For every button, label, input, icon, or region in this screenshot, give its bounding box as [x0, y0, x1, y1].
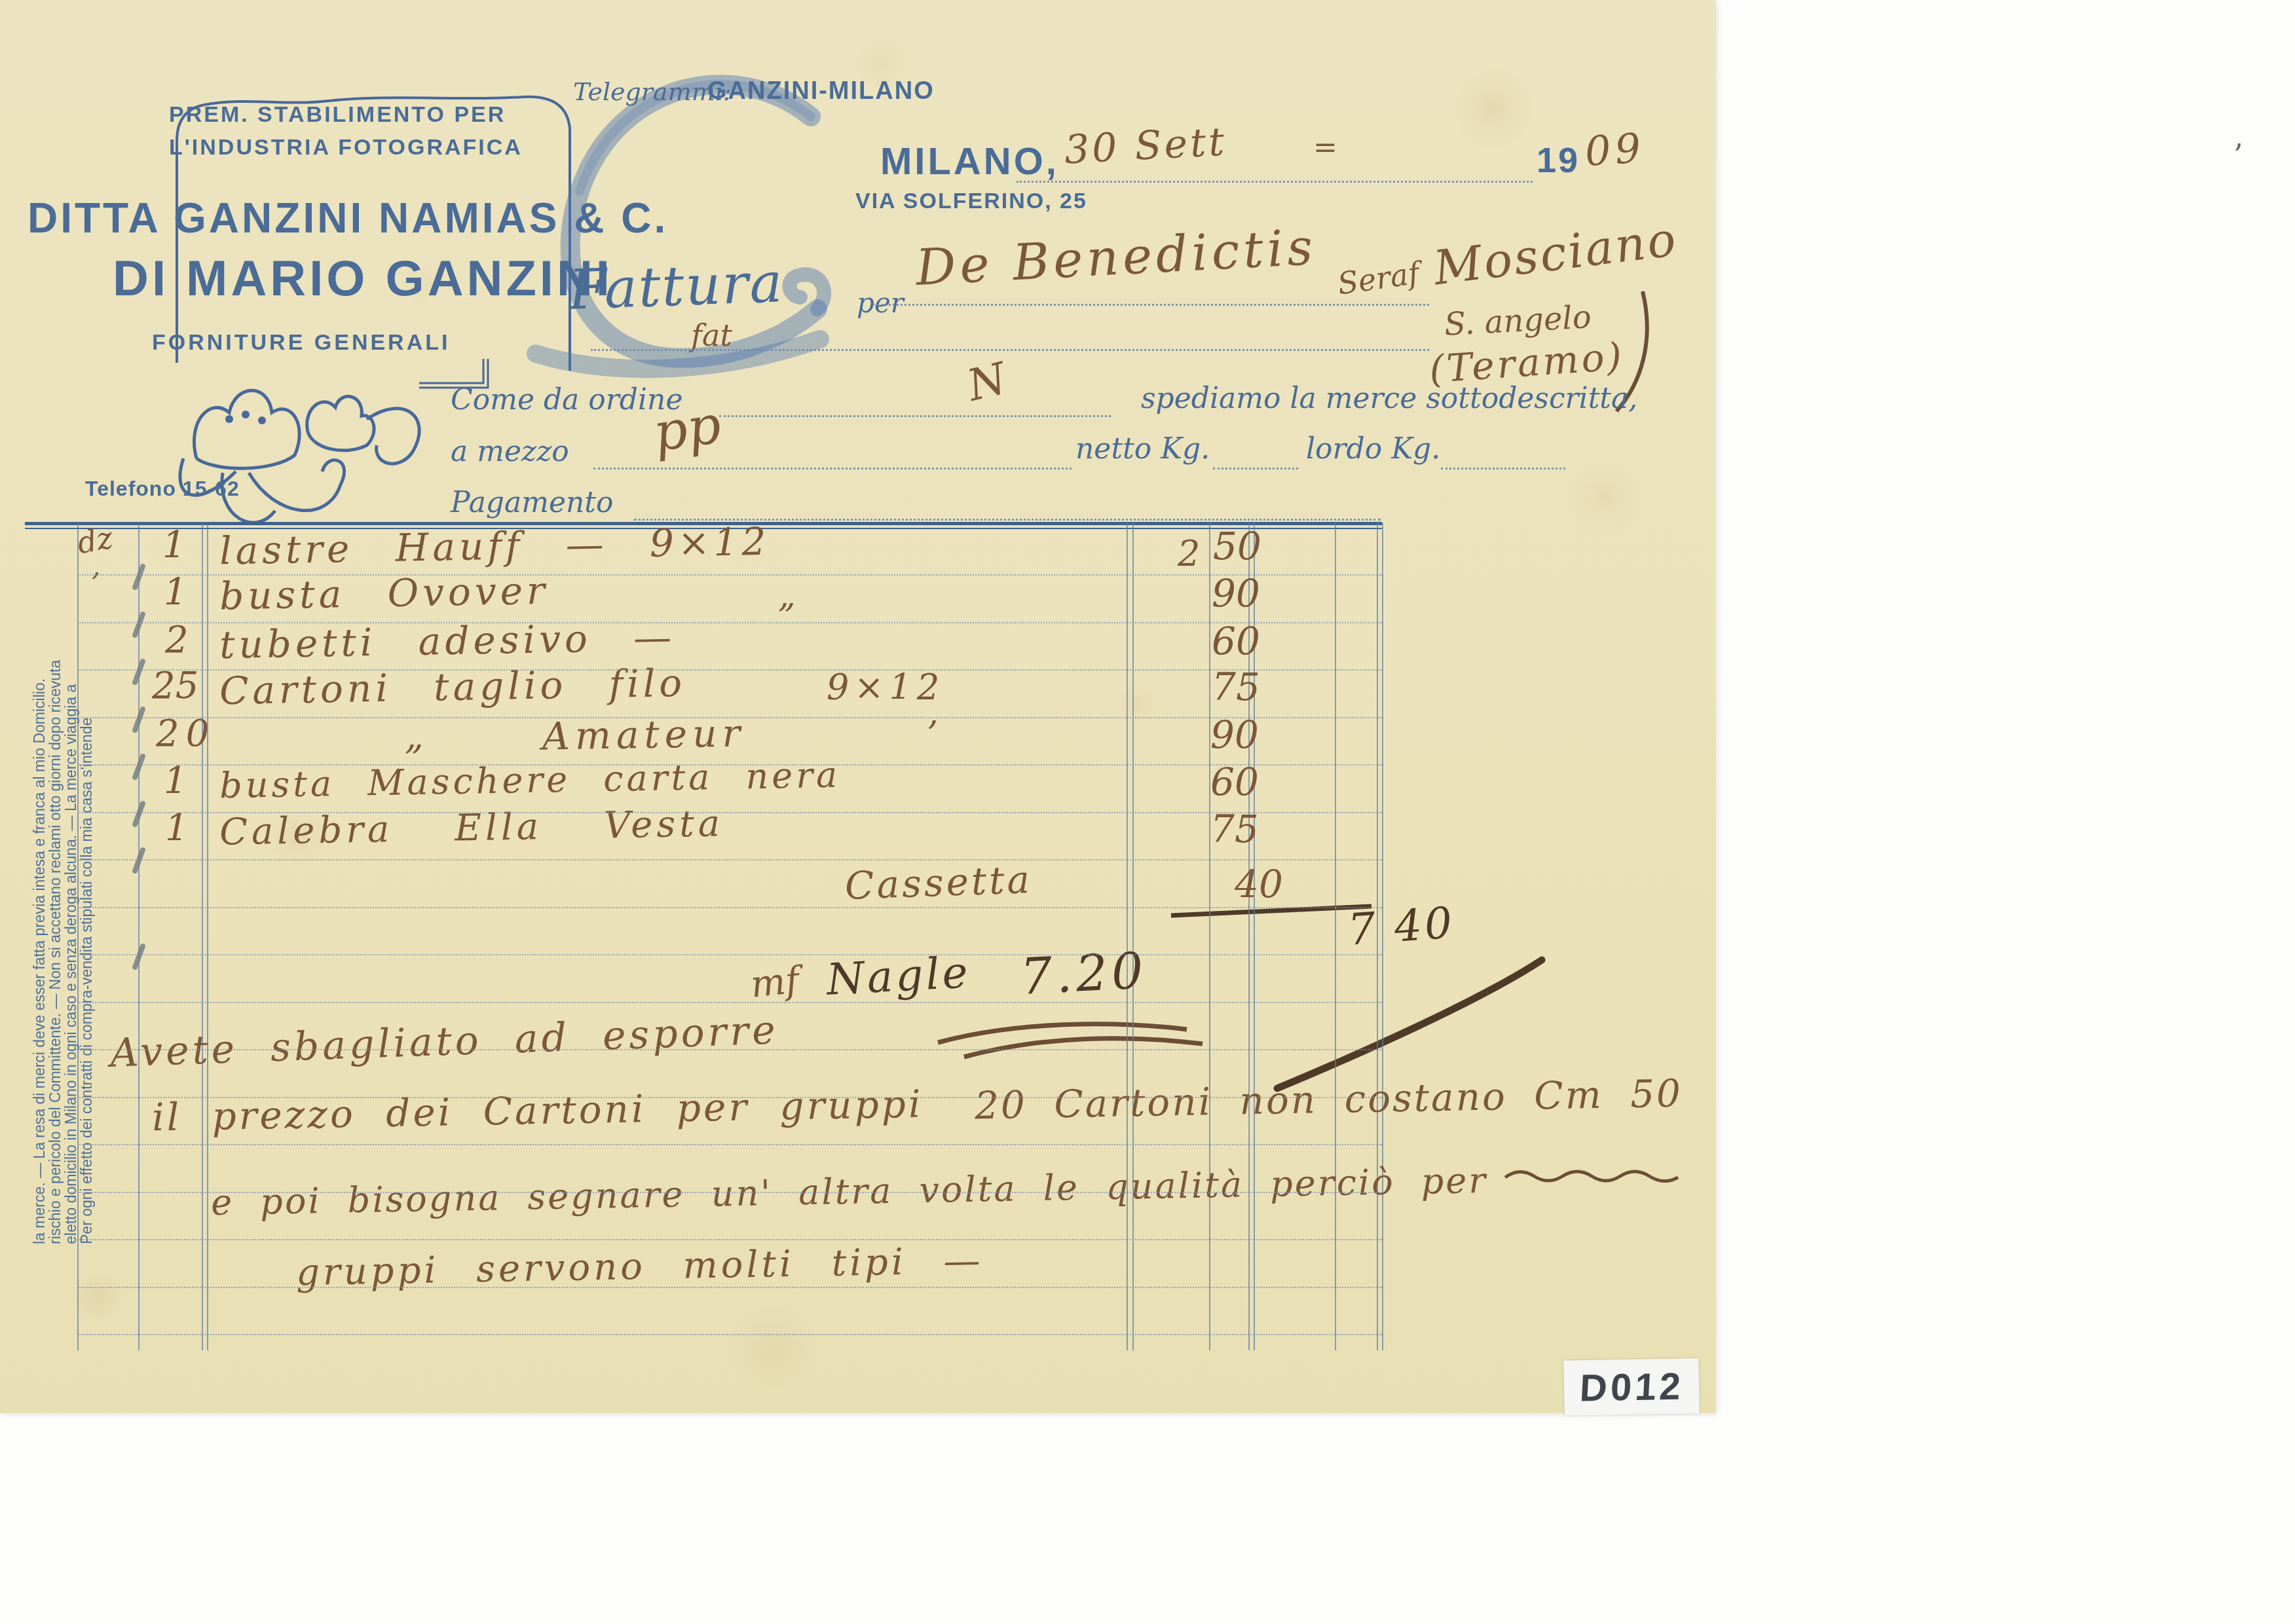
- row-desc: busta Maschere carta nera: [219, 754, 841, 807]
- nagle-name: Nagle: [825, 947, 971, 1005]
- row-cent: 60: [1212, 619, 1260, 663]
- note-line1: Avete sbagliato ad esporre: [109, 1007, 779, 1077]
- per-label: per: [857, 287, 904, 319]
- note-line2b: 20 Cartoni non costano Cm 50: [974, 1071, 1683, 1128]
- spediamo-label: spediamo la merce sottodescritta,: [1141, 382, 1637, 415]
- terms-line: eletto domicilio in Milano in ogni caso …: [63, 540, 79, 1244]
- customer-hamlet: S. angelo: [1444, 299, 1592, 343]
- table-row-line: [77, 1192, 1382, 1193]
- date-handwritten: 30 Sett: [1063, 119, 1228, 174]
- row-mark: ’: [927, 714, 938, 755]
- table-row-line: [77, 764, 1382, 766]
- customer-qualifier: Seraf: [1335, 255, 1421, 302]
- a-mezzo-label: a mezzo: [451, 435, 569, 468]
- nagle-amount: 7.20: [1019, 941, 1149, 1006]
- netto-dotted-line: [1213, 468, 1298, 470]
- table-row-line: [77, 907, 1382, 908]
- lordo-label: lordo Kg.: [1306, 432, 1440, 466]
- cassetta-cent: 40: [1235, 862, 1283, 906]
- row-desc: busta Ovover: [219, 568, 549, 619]
- pagamento-label: Pagamento: [451, 486, 614, 519]
- customer-town: Mosciano: [1430, 212, 1680, 296]
- letterhead-line2: L'INDUSTRIA FOTOGRAFICA: [169, 135, 523, 160]
- phone-number: Telefono 15-62: [85, 477, 240, 501]
- table-row-line: [77, 1002, 1382, 1003]
- company-name: DITTA GANZINI NAMIAS & C.: [28, 194, 668, 242]
- row-qty: 20: [156, 712, 215, 755]
- table-row-line: [77, 1239, 1382, 1240]
- table-vline: [138, 523, 140, 1350]
- customer-note: fat: [691, 318, 732, 353]
- table-vline: [207, 523, 208, 1350]
- table-row-line: [77, 1287, 1382, 1288]
- table-vline: [1132, 523, 1134, 1350]
- table-row-line: [77, 859, 1382, 860]
- table-vline: [1127, 523, 1128, 1350]
- archive-code: D012: [1578, 1364, 1685, 1410]
- row-ditto: „: [778, 576, 796, 616]
- year-printed: 19: [1537, 140, 1580, 181]
- check-slash: [1277, 960, 1542, 1088]
- date-suffix: =: [1313, 131, 1337, 164]
- mezzo-script: pp: [650, 394, 724, 463]
- row-qty: 1: [162, 524, 186, 566]
- row-lire: 2: [1178, 533, 1200, 574]
- fattura-title: Fattura: [567, 250, 785, 322]
- table-row-line: [77, 574, 1382, 576]
- row-desc: Cartoni taglio filo: [219, 661, 686, 713]
- table-row-line: [77, 1334, 1382, 1335]
- row-qty: 25: [152, 665, 198, 707]
- telegrams-value: GANZINI-MILANO: [707, 77, 935, 105]
- street-address: VIA SOLFERINO, 25: [855, 189, 1087, 214]
- customer-dotted-line: [872, 304, 1429, 306]
- come-da-ordine-label: Come da ordine: [451, 383, 682, 416]
- lordo-dotted-line: [1441, 468, 1565, 470]
- stray-mark: ’: [2233, 138, 2243, 173]
- mezzo-dotted-line: [593, 468, 1072, 470]
- ordine-dotted-line: [719, 415, 1111, 417]
- table-row-line: [77, 669, 1382, 671]
- city-label: MILANO,: [880, 139, 1059, 183]
- table-vline: [1209, 523, 1210, 1350]
- address-dotted-line: [591, 349, 1429, 351]
- row-ditto: „: [405, 715, 424, 758]
- archive-sticker: D012: [1563, 1358, 1699, 1416]
- table-vline: [1335, 523, 1336, 1350]
- netto-label: netto Kg.: [1075, 432, 1210, 466]
- owner-name: DI MARIO GANZINI: [113, 250, 613, 307]
- customer-name: De Benedictis: [914, 217, 1318, 297]
- row-desc: lastre Hauff — 9×12: [219, 519, 770, 574]
- row-size: 9×12: [827, 667, 944, 708]
- row-cent: 90: [1210, 712, 1259, 757]
- ordine-script-mark: N: [963, 353, 1012, 411]
- paper: PREM. STABILIMENTO PER L'INDUSTRIA FOTOG…: [0, 0, 1716, 1413]
- table-row-line: [77, 1144, 1382, 1145]
- table-row-line: [77, 1097, 1382, 1098]
- table-row-line: [77, 717, 1382, 718]
- underline-squiggle: [1505, 1172, 1678, 1181]
- table-vline: [202, 523, 203, 1350]
- table-row-line: [77, 954, 1382, 955]
- letterhead-line1: PREM. STABILIMENTO PER: [169, 102, 506, 128]
- date-dotted-line: [1017, 181, 1533, 183]
- nagle-underline: [938, 1024, 1203, 1057]
- terms-line: rischio e pericolo del Committente. — No…: [47, 540, 63, 1244]
- row-cent: 50: [1213, 524, 1261, 568]
- note-line2a: il prezzo dei Cartoni per gruppi: [151, 1082, 924, 1140]
- flower-ornament: [180, 390, 419, 523]
- row-cent: 60: [1210, 760, 1259, 804]
- cassetta-desc: Cassetta: [844, 857, 1033, 908]
- row-cent: 90: [1212, 571, 1260, 616]
- letterhead-line3: FORNITURE GENERALI: [152, 330, 450, 356]
- row-qty: 1: [164, 571, 187, 614]
- check-mark-script: mf: [749, 959, 801, 1006]
- terms-fine-print: la merce. — La resa di merci deve esser …: [31, 540, 94, 1244]
- terms-line: Per ogni effetto dei contratti di compra…: [79, 540, 94, 1244]
- table-row-line: [77, 812, 1382, 813]
- scan-page: PREM. STABILIMENTO PER L'INDUSTRIA FOTOG…: [0, 0, 2295, 1624]
- table-row-line: [77, 622, 1382, 623]
- row-cent: 75: [1210, 807, 1259, 851]
- table-row-line: [77, 1049, 1382, 1050]
- year-handwritten: 09: [1584, 124, 1647, 175]
- row-qty: 1: [165, 807, 189, 849]
- terms-line: la merce. — La resa di merci deve esser …: [31, 540, 47, 1244]
- row-qty: 1: [164, 760, 187, 802]
- row-desc: Calebra Ella Vesta: [219, 802, 724, 853]
- row-cent: 75: [1212, 665, 1260, 709]
- row-qty: 2: [165, 619, 189, 661]
